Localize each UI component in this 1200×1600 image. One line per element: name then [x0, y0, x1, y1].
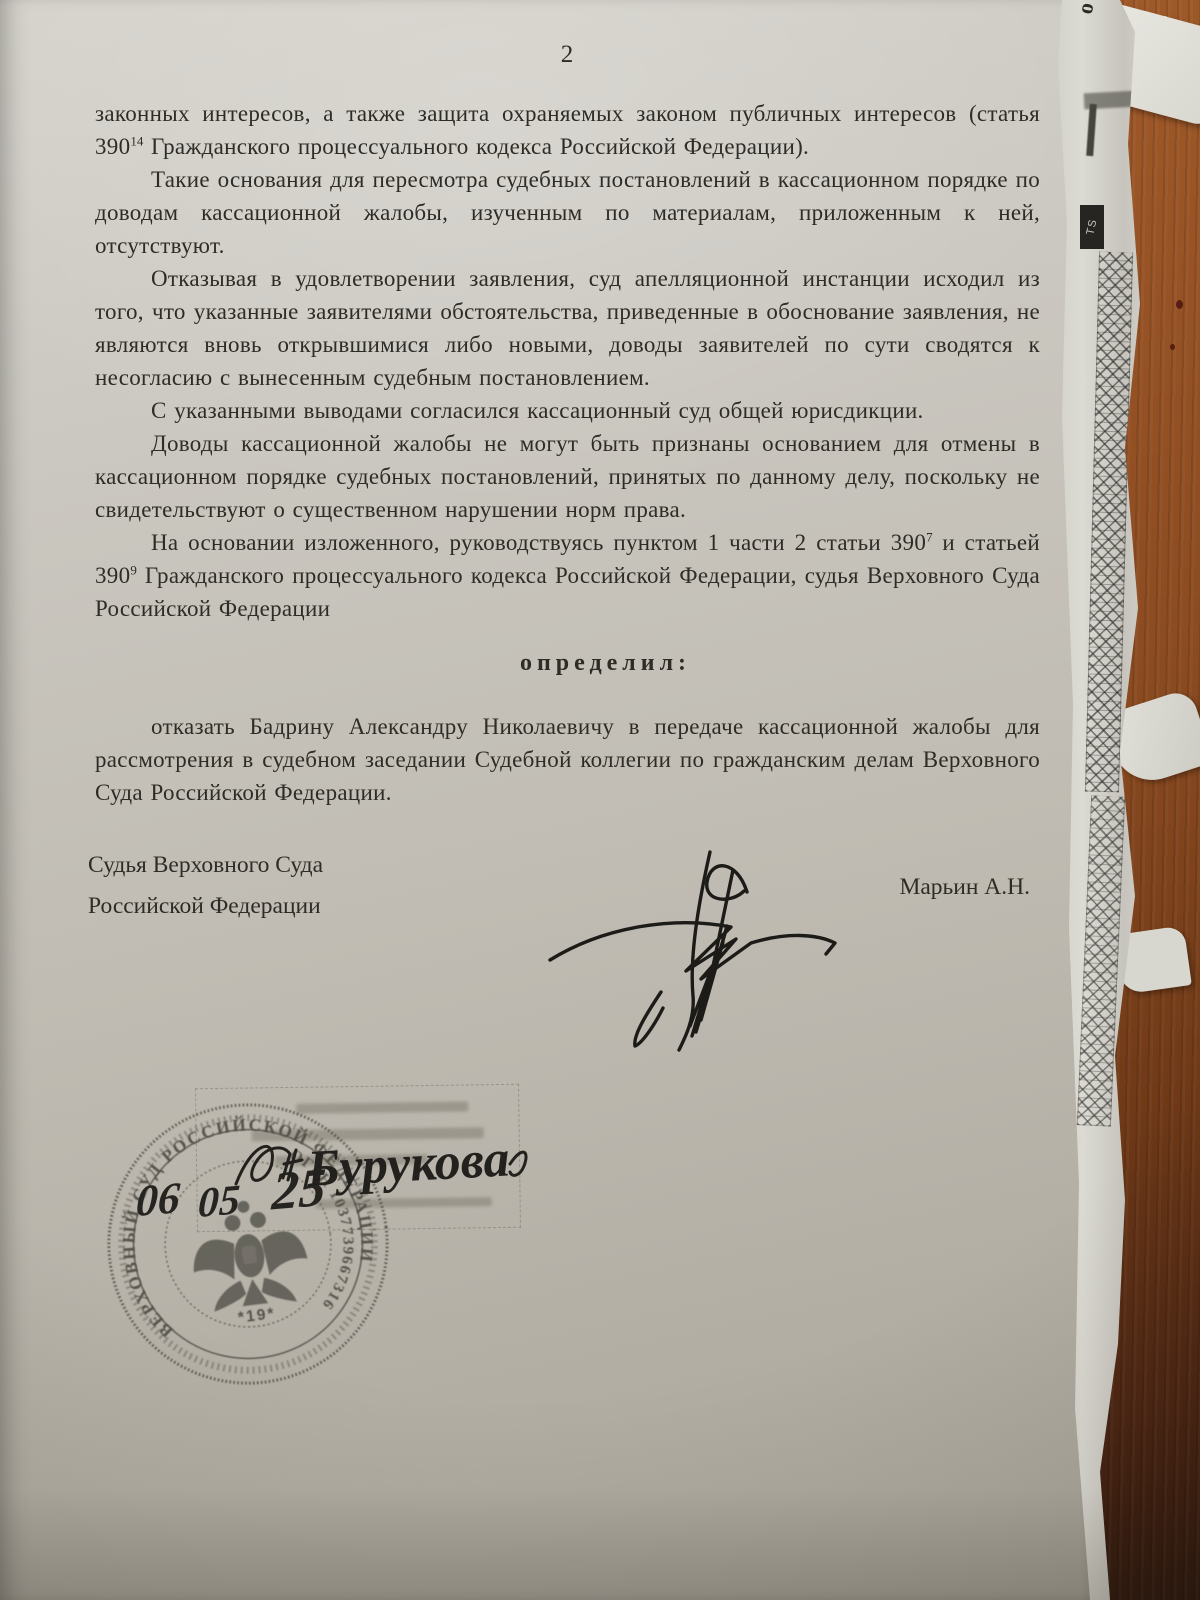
paragraph-6: На основании изложенного, руководствуясь…: [95, 526, 1040, 625]
desk-speck: [1170, 344, 1175, 350]
paragraph-6-text: На основании изложенного, руководствуясь…: [151, 530, 926, 555]
paragraph-2: Такие основания для пересмотра судебных …: [95, 163, 1040, 262]
article-superscript: 14: [130, 133, 143, 148]
paragraph-7: отказать Бадрину Александру Николаевичу …: [95, 710, 1040, 809]
edge-sticker: TS: [1080, 205, 1104, 249]
judge-title-line1: Судья Верховного Суда: [88, 845, 323, 886]
document-sheet: 2 законных интересов, а также защита охр…: [0, 0, 1093, 1600]
judge-title: Судья Верховного Суда Российской Федерац…: [88, 845, 323, 927]
judge-name: Марьин А.Н.: [899, 845, 1030, 927]
paragraph-3: Отказывая в удовлетворении заявления, су…: [95, 262, 1040, 394]
paragraph-1-text: Гражданского процессуального кодекса Рос…: [143, 134, 809, 159]
clerk-name-text: Бурукова: [305, 1130, 511, 1198]
seal-hatch-block: [226, 1332, 295, 1340]
clerk-signature: Бурукова: [222, 1106, 542, 1226]
paragraph-1: законных интересов, а также защита охран…: [95, 97, 1040, 163]
seal-number: *19*: [237, 1305, 276, 1326]
ink-streak: [1086, 104, 1097, 156]
handwritten-date-day: 06: [135, 1172, 182, 1227]
paragraph-4: С указанными выводами согласился кассаци…: [95, 394, 1040, 427]
judge-title-line2: Российской Федерации: [88, 886, 323, 927]
lace-border-pattern: [1077, 795, 1125, 1126]
photo-of-court-ruling: TS 2 законных интересов, а также защита …: [0, 0, 1200, 1600]
paragraph-5: Доводы кассационной жалобы не могут быть…: [95, 427, 1040, 526]
page-number: 2: [95, 38, 1040, 71]
judge-signature: [495, 830, 875, 1070]
edge-sticker-label: TS: [1084, 218, 1099, 236]
paragraph-6-text: Гражданского процессуального кодекса Рос…: [95, 563, 1040, 621]
document-body: 2 законных интересов, а также защита охр…: [95, 38, 1040, 809]
desk-speck: [1176, 300, 1183, 309]
ruling-heading: определил:: [133, 647, 1078, 680]
